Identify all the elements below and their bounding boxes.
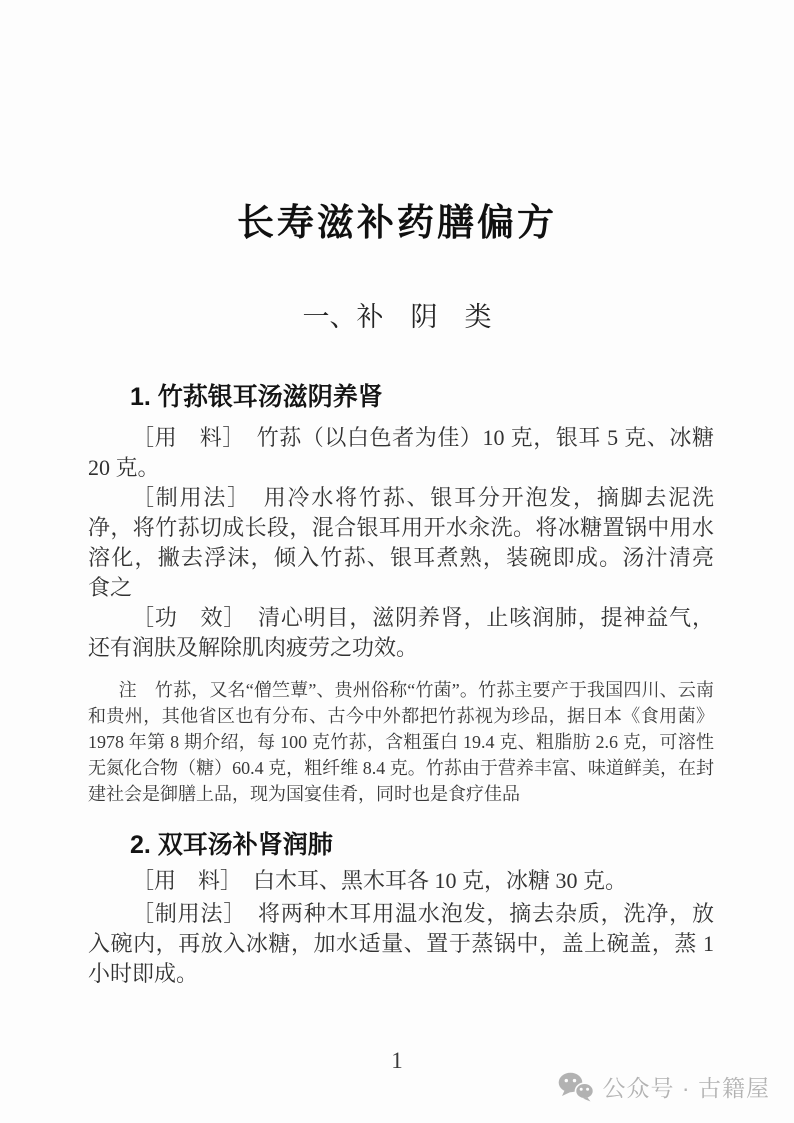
recipe-1-heading: 1. 竹荪银耳汤滋阴养肾 <box>130 377 383 413</box>
recipe-1-effect: ［功 效］ 清心明目，滋阴养肾，止咳润肺，提神益气，还有润肤及解除肌肉疲劳之功效… <box>88 603 714 663</box>
page-title: 长寿滋补药膳偏方 <box>0 192 794 246</box>
recipe-2-heading: 2. 双耳汤补肾润肺 <box>130 825 333 861</box>
recipe-1-ingredients: ［用 料］ 竹荪（以白色者为佳）10 克，银耳 5 克、冰糖 20 克。 <box>88 423 714 483</box>
section-heading: 一、补 阴 类 <box>0 295 794 334</box>
scanned-book-page: 长寿滋补药膳偏方 一、补 阴 类 1. 竹荪银耳汤滋阴养肾 ［用 料］ 竹荪（以… <box>0 0 794 1123</box>
watermark: 公众号 · 古籍屋 <box>558 1070 770 1103</box>
recipe-1-note: 注 竹荪，又名“僧竺蕈”、贵州俗称“竹菌”。竹荪主要产于我国四川、云南和贵州，其… <box>88 677 714 807</box>
watermark-text: 公众号 · 古籍屋 <box>603 1070 770 1103</box>
recipe-2-method: ［制用法］ 将两种木耳用温水泡发，摘去杂质，洗净，放入碗内，再放入冰糖，加水适量… <box>88 899 714 989</box>
recipe-2-ingredients: ［用 料］ 白木耳、黑木耳各 10 克，冰糖 30 克。 <box>88 866 714 896</box>
wechat-icon <box>558 1072 594 1102</box>
recipe-1-method: ［制用法］ 用冷水将竹荪、银耳分开泡发，摘脚去泥洗净，将竹荪切成长段，混合银耳用… <box>88 483 714 603</box>
